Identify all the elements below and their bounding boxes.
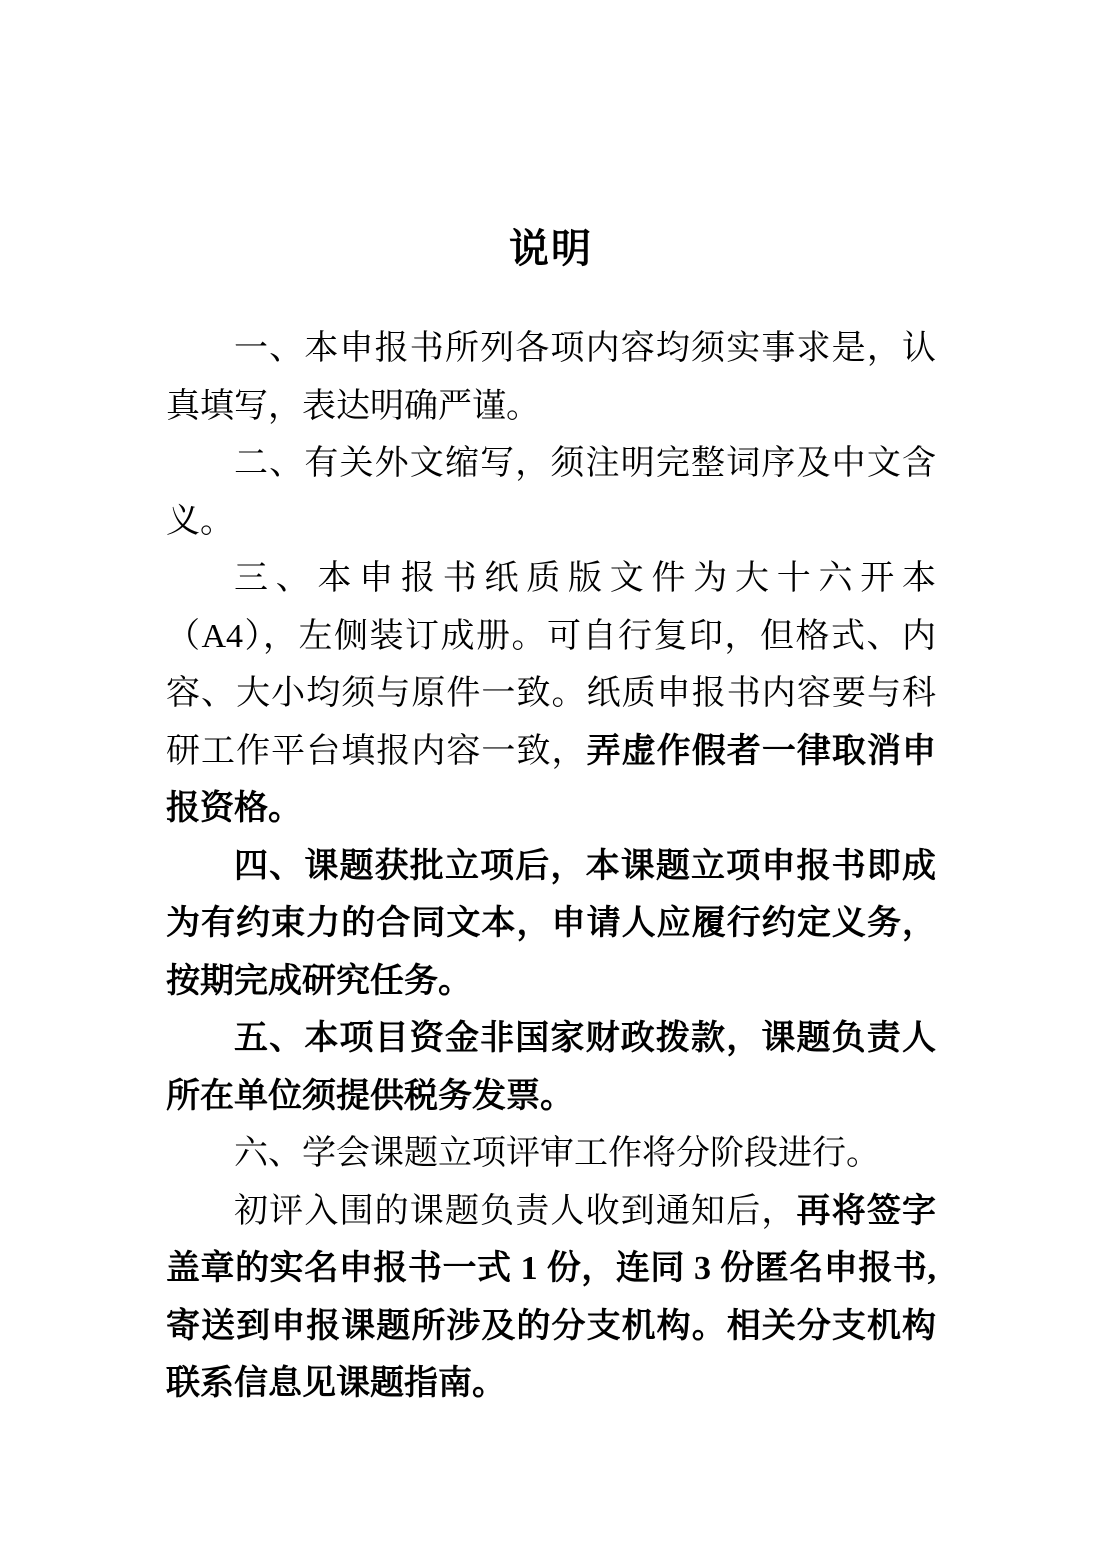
paragraph: 初评入围的课题负责人收到通知后，再将签字盖章的实名申报书一式 1 份，连同 3 … — [166, 1183, 936, 1413]
text-run: 一、本申报书所列各项内容均须实事求是，认真填写，表达明确严谨。 — [166, 330, 936, 425]
text-run: 初评入围的课题负责人收到通知后， — [234, 1193, 797, 1230]
document-page: 说明 一、本申报书所列各项内容均须实事求是，认真填写，表达明确严谨。二、有关外文… — [0, 0, 1102, 1559]
text-run-bold: 四、课题获批立项后，本课题立项申报书即成为有约束力的合同文本，申请人应履行约定义… — [166, 848, 936, 1000]
document-body: 一、本申报书所列各项内容均须实事求是，认真填写，表达明确严谨。二、有关外文缩写，… — [166, 320, 936, 1413]
text-run: 二、有关外文缩写，须注明完整词序及中文含义。 — [166, 445, 936, 540]
paragraph: 四、课题获批立项后，本课题立项申报书即成为有约束力的合同文本，申请人应履行约定义… — [166, 838, 936, 1011]
page-title: 说明 — [0, 0, 1102, 274]
text-run-bold: 五、本项目资金非国家财政拨款，课题负责人所在单位须提供税务发票。 — [166, 1020, 936, 1115]
paragraph: 六、学会课题立项评审工作将分阶段进行。 — [166, 1125, 936, 1183]
paragraph: 二、有关外文缩写，须注明完整词序及中文含义。 — [166, 435, 936, 550]
paragraph: 一、本申报书所列各项内容均须实事求是，认真填写，表达明确严谨。 — [166, 320, 936, 435]
paragraph: 五、本项目资金非国家财政拨款，课题负责人所在单位须提供税务发票。 — [166, 1010, 936, 1125]
paragraph: 三、本申报书纸质版文件为大十六开本（A4），左侧装订成册。可自行复印，但格式、内… — [166, 550, 936, 838]
text-run: 六、学会课题立项评审工作将分阶段进行。 — [234, 1135, 880, 1172]
